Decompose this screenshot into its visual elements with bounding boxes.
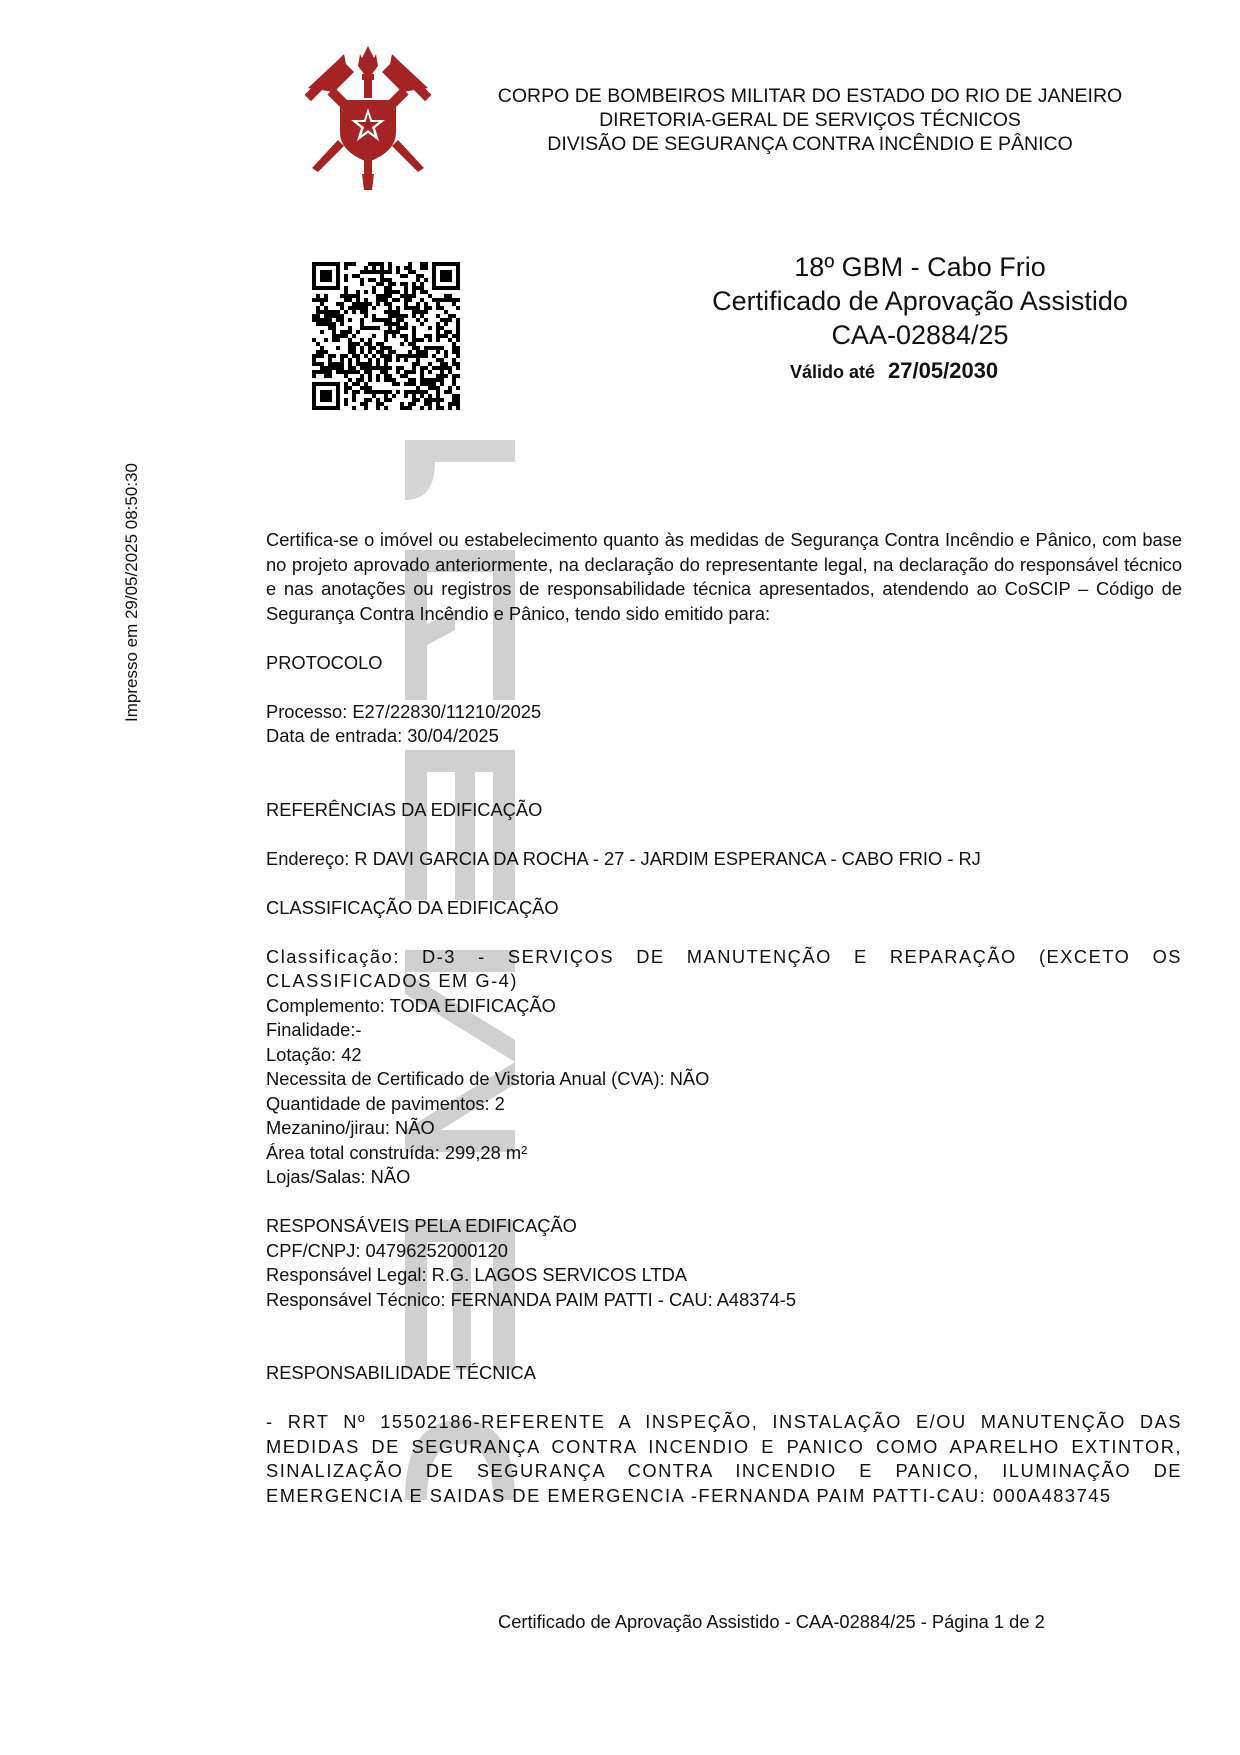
pavimentos: Quantidade de pavimentos: 2 <box>266 1092 1182 1117</box>
printed-timestamp: Impresso em 29/05/2025 08:50:30 <box>122 463 142 722</box>
complemento: Complemento: TODA EDIFICAÇÃO <box>266 994 1182 1019</box>
finalidade: Finalidade:- <box>266 1018 1182 1043</box>
certificate-title-block: 18º GBM - Cabo Frio Certificado de Aprov… <box>640 250 1200 352</box>
endereco: Endereço: R DAVI GARCIA DA ROCHA - 27 - … <box>266 847 1182 872</box>
valid-label: Válido até <box>790 362 875 382</box>
responsaveis-heading: RESPONSÁVEIS PELA EDIFICAÇÃO <box>266 1214 1182 1239</box>
mezanino: Mezanino/jirau: NÃO <box>266 1116 1182 1141</box>
page-footer: Certificado de Aprovação Assistido - CAA… <box>498 1611 1045 1633</box>
certificate-type: Certificado de Aprovação Assistido <box>640 284 1200 318</box>
issuing-organization: CORPO DE BOMBEIROS MILITAR DO ESTADO DO … <box>470 84 1150 156</box>
classificacao-heading: CLASSIFICAÇÃO DA EDIFICAÇÃO <box>266 896 1182 921</box>
cva-required: Necessita de Certificado de Vistoria Anu… <box>266 1067 1182 1092</box>
responsavel-legal: Responsável Legal: R.G. LAGOS SERVICOS L… <box>266 1263 1182 1288</box>
certificate-number: CAA-02884/25 <box>640 318 1200 352</box>
org-line-3: DIVISÃO DE SEGURANÇA CONTRA INCÊNDIO E P… <box>470 132 1150 156</box>
responsabilidade-heading: RESPONSABILIDADE TÉCNICA <box>266 1361 1182 1386</box>
rrt-text: - RRT Nº 15502186-REFERENTE A INSPEÇÃO, … <box>266 1410 1182 1508</box>
referencias-heading: REFERÊNCIAS DA EDIFICAÇÃO <box>266 798 1182 823</box>
data-entrada: Data de entrada: 30/04/2025 <box>266 724 1182 749</box>
classificacao-value: Classificação: D-3 - SERVIÇOS DE MANUTEN… <box>266 945 1182 994</box>
area-construida: Área total construída: 299,28 m² <box>266 1141 1182 1166</box>
processo-number: Processo: E27/22830/11210/2025 <box>266 700 1182 725</box>
qr-code-icon <box>312 262 460 410</box>
validity: Válido até 27/05/2030 <box>790 358 998 384</box>
org-line-1: CORPO DE BOMBEIROS MILITAR DO ESTADO DO … <box>470 84 1150 108</box>
protocolo-heading: PROTOCOLO <box>266 651 1182 676</box>
responsavel-tecnico: Responsável Técnico: FERNANDA PAIM PATTI… <box>266 1288 1182 1313</box>
lotacao: Lotação: 42 <box>266 1043 1182 1068</box>
firefighter-crest-icon <box>300 44 436 192</box>
cpf-cnpj: CPF/CNPJ: 04796252000120 <box>266 1239 1182 1264</box>
unit-name: 18º GBM - Cabo Frio <box>640 250 1200 284</box>
certificate-body: Certifica-se o imóvel ou estabelecimento… <box>266 528 1182 1508</box>
intro-paragraph: Certifica-se o imóvel ou estabelecimento… <box>266 528 1182 626</box>
org-line-2: DIRETORIA-GERAL DE SERVIÇOS TÉCNICOS <box>470 108 1150 132</box>
lojas-salas: Lojas/Salas: NÃO <box>266 1165 1182 1190</box>
valid-date: 27/05/2030 <box>888 358 998 383</box>
